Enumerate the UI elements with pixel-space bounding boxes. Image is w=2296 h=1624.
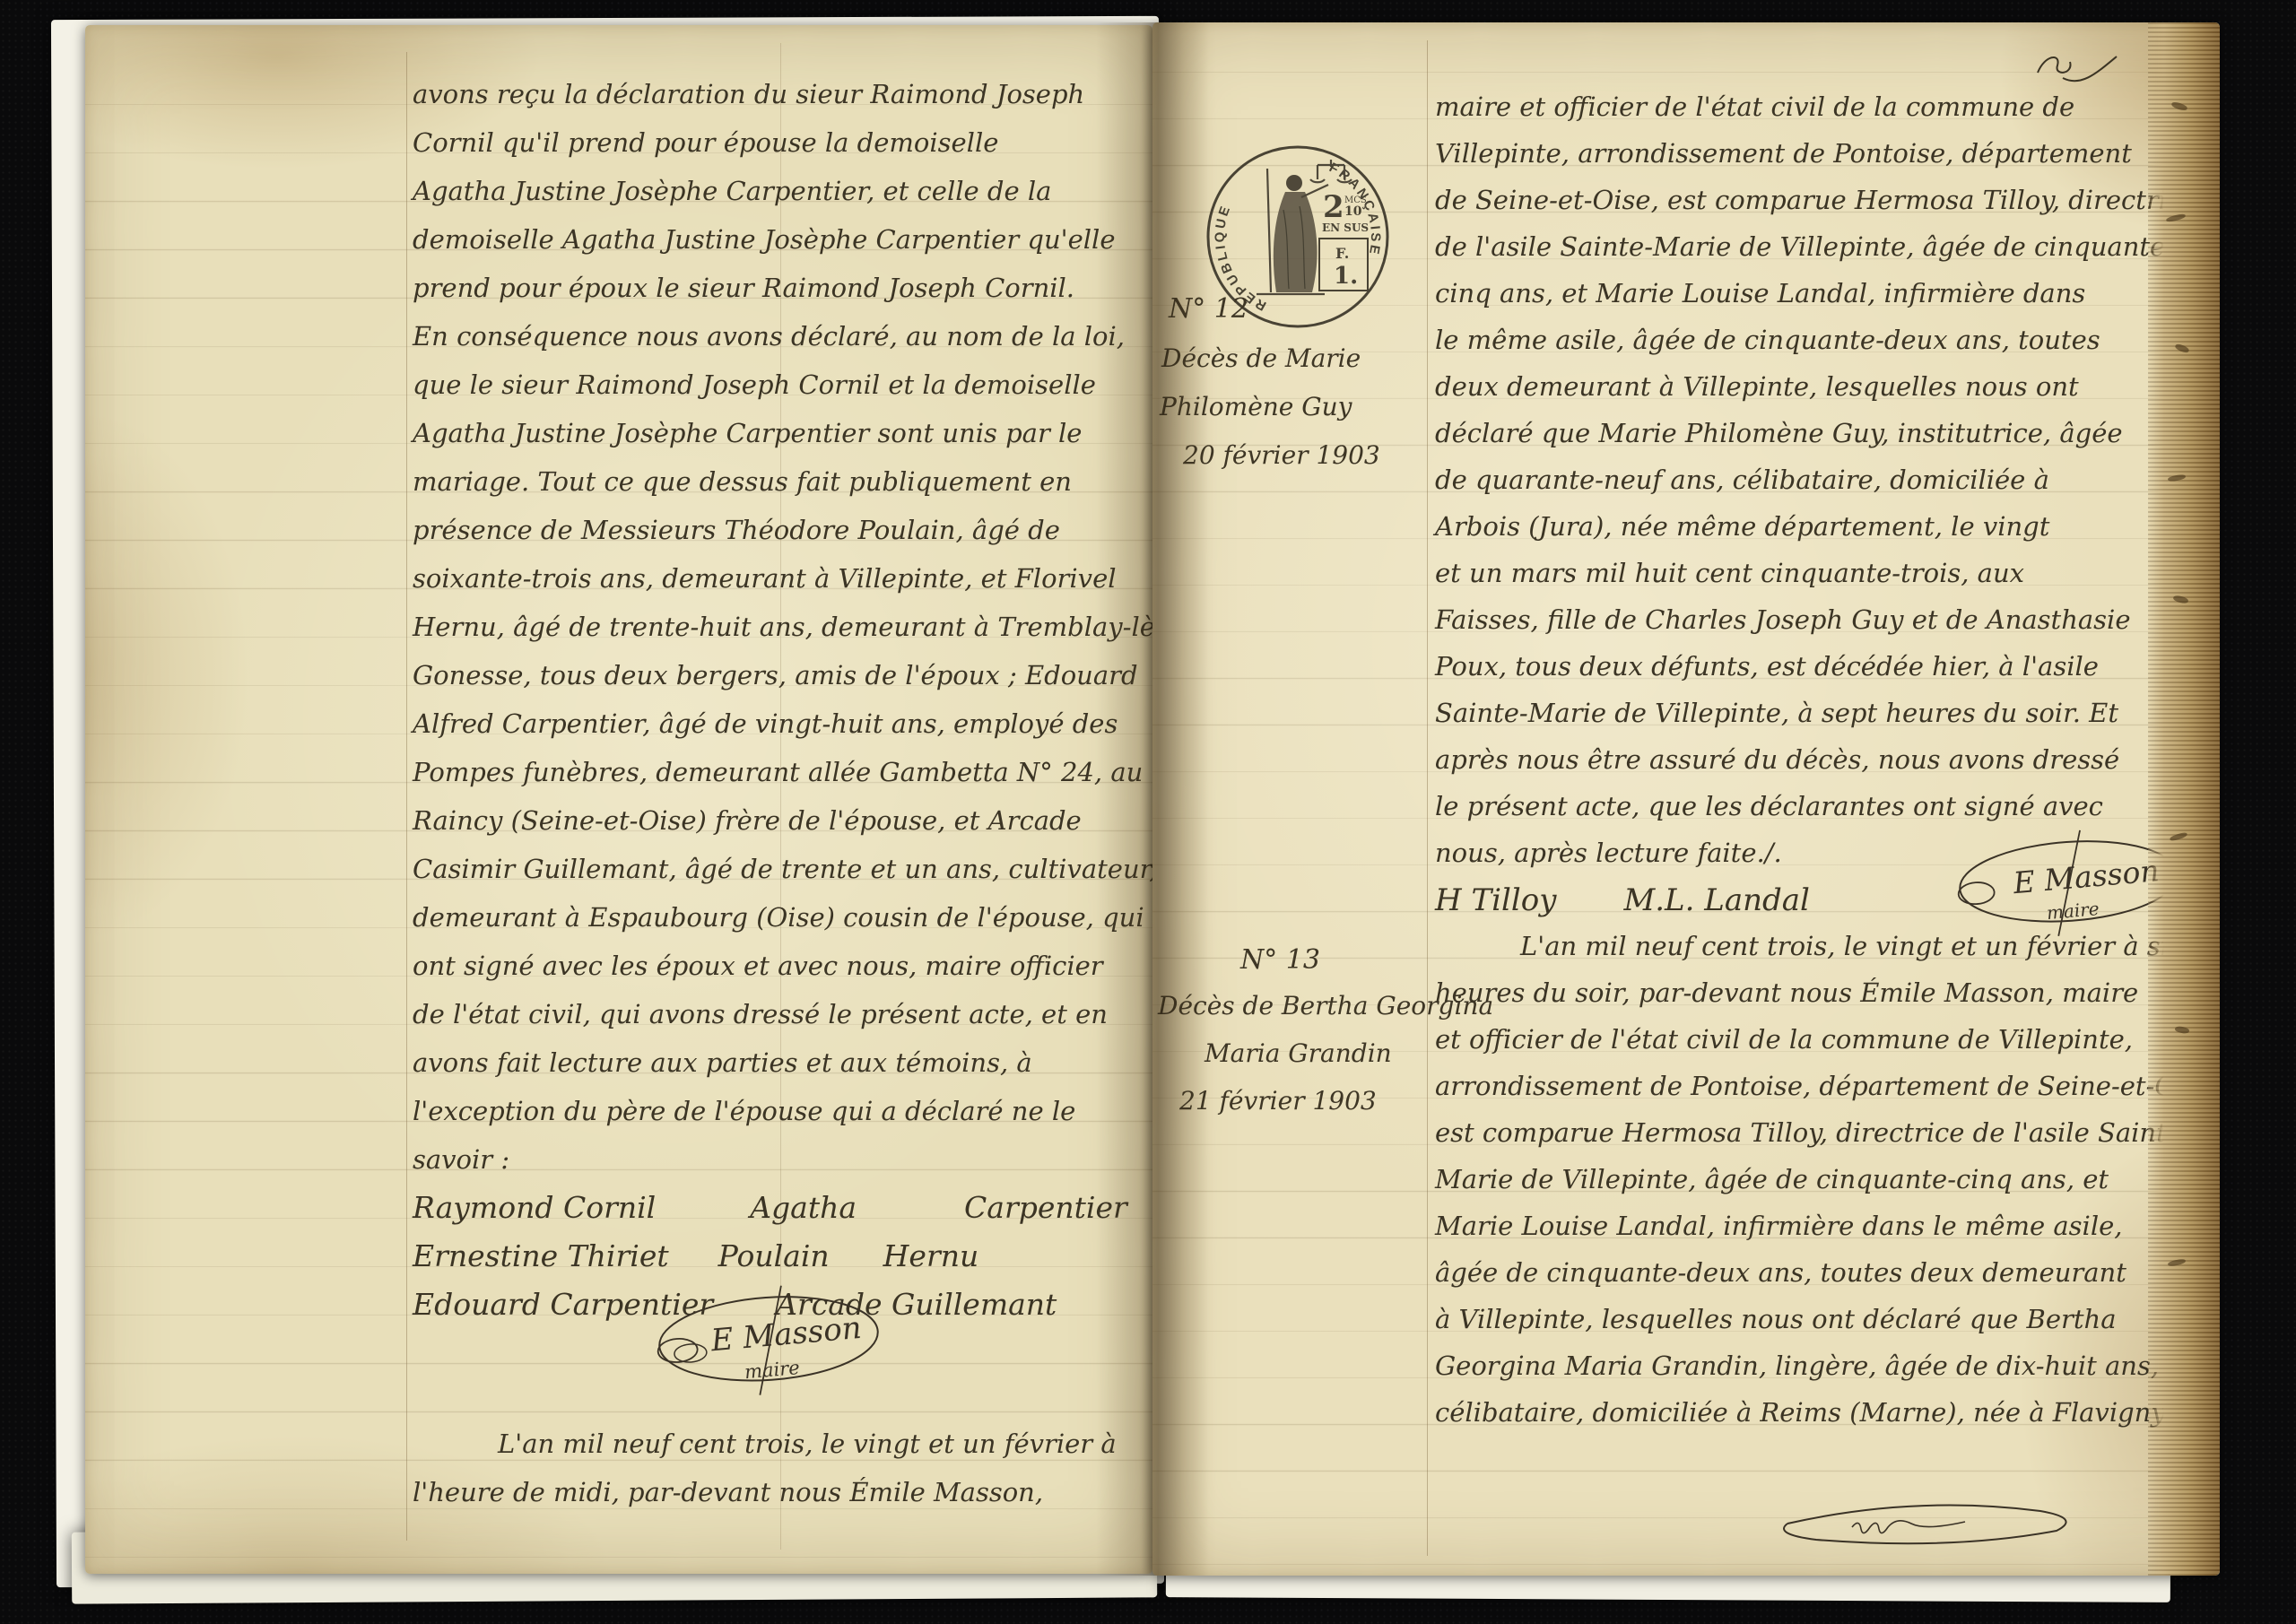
stamp-surcharge-big: 2 (1323, 189, 1344, 225)
marriage-act-body: avons reçu la déclaration du sieur Raimo… (413, 70, 1135, 1329)
registry-scan-background: { "colors": { "background": "#0a0a0b", "… (0, 0, 2296, 1624)
edge-ink-mark (2172, 595, 2188, 604)
act12-margin-number: N° 12 (1169, 293, 1248, 325)
act-text-line: Arbois (Jura), née même département, le … (1435, 503, 2184, 550)
stamp-value-amount: 1. (1334, 263, 1358, 290)
act-text-line: âgée de cinquante-deux ans, toutes deux … (1435, 1249, 2193, 1296)
act-text-line: de l'état civil, qui avons dressé le pré… (413, 990, 1135, 1038)
act-text-line: mariage. Tout ce que dessus fait publiqu… (413, 457, 1135, 506)
act-text-line: soixante-trois ans, demeurant à Villepin… (413, 554, 1135, 603)
act-text-line: Faisses, fille de Charles Joseph Guy et … (1435, 596, 2184, 643)
act-text-line: Marie de Villepinte, âgée de cinquante-c… (1435, 1156, 2193, 1203)
act-text-line: déclaré que Marie Philomène Guy, institu… (1435, 410, 2184, 456)
act-text-line: Sainte-Marie de Villepinte, à sept heure… (1435, 690, 2184, 736)
page-block-edge (2148, 22, 2220, 1576)
act-text-line: Cornil qu'il prend pour épouse la demois… (413, 118, 1135, 167)
act-text-line: après nous être assuré du décès, nous av… (1435, 736, 2184, 783)
act-text-line: et officier de l'état civil de la commun… (1435, 1016, 2193, 1063)
signature-hernu: Hernu (883, 1232, 979, 1281)
signature-ernestine-thiriet: Ernestine Thiriet (413, 1232, 669, 1281)
right-page-margin-rule (1427, 40, 1428, 1556)
left-page-margin-rule (406, 52, 407, 1541)
act-text-line: arrondissement de Pontoise, département … (1435, 1063, 2193, 1109)
death-act-13-body: L'an mil neuf cent trois, le vingt et un… (1435, 923, 2193, 1436)
act-text-line: En conséquence nous avons déclaré, au no… (413, 312, 1135, 360)
edge-ink-mark (2168, 473, 2187, 482)
act12-margin-title-2: Philomène Guy (1160, 392, 1352, 421)
edge-ink-mark (2175, 1026, 2190, 1035)
act13-margin-date: 21 février 1903 (1179, 1086, 1377, 1116)
act-text-line: de Seine-et-Oise, est comparue Hermosa T… (1435, 177, 2184, 223)
act-text-line: Poux, tous deux défunts, est décédée hie… (1435, 643, 2184, 690)
edge-ink-mark (2166, 213, 2187, 222)
signature-raymond-cornil: Raymond Cornil (413, 1184, 656, 1232)
signature-h-tilloy: H Tilloy (1435, 876, 1556, 925)
act13-margin-number: N° 13 (1240, 944, 1320, 976)
act-text-line: cinq ans, et Marie Louise Landal, infirm… (1435, 270, 2184, 317)
act-text-line: Marie Louise Landal, infirmière dans le … (1435, 1203, 2193, 1249)
act-text-line: l'heure de midi, par-devant nous Émile M… (413, 1468, 1135, 1516)
mayor-signature-title: maire (2046, 898, 2100, 924)
edge-ink-mark (2174, 343, 2189, 353)
act-text-line: Gonesse, tous deux bergers, amis de l'ép… (413, 651, 1135, 699)
stamp-value-block: 2 MCS 10 EN SUS F. 1. (1319, 189, 1369, 291)
mayor-signature-name: E Masson (2011, 853, 2161, 900)
signature-carpentier: Carpentier (964, 1184, 1127, 1232)
act-text-line: l'exception du père de l'épouse qui a dé… (413, 1087, 1135, 1135)
act-text-line: L'an mil neuf cent trois, le vingt et un… (413, 1420, 1135, 1468)
act-text-line: Agatha Justine Josèphe Carpentier sont u… (413, 409, 1135, 457)
stamp-surcharge-num: 10 (1344, 204, 1362, 219)
edge-ink-mark (2170, 100, 2187, 111)
act-text-line: demoiselle Agatha Justine Josèphe Carpen… (413, 215, 1135, 264)
left-page: avons reçu la déclaration du sieur Raimo… (85, 25, 1152, 1574)
insertion-flourish (2027, 48, 2126, 105)
edge-ink-mark (2170, 831, 2188, 842)
act13-margin-title-2: Maria Grandin (1205, 1038, 1392, 1068)
act-text-line: de l'asile Sainte-Marie de Villepinte, â… (1435, 223, 2184, 270)
act-text-line: est comparue Hermosa Tilloy, directrice … (1435, 1109, 2193, 1156)
act-text-line: Casimir Guillemant, âgé de trente et un … (413, 845, 1135, 893)
mayor-signature-name: E Masson (709, 1310, 863, 1359)
act-text-line: Pompes funèbres, demeurant allée Gambett… (413, 748, 1135, 796)
right-page: RÉPUBLIQUE FRANÇAISE (1152, 22, 2220, 1576)
act-text-line: avons reçu la déclaration du sieur Raimo… (413, 70, 1135, 118)
act-text-line: et un mars mil huit cent cinquante-trois… (1435, 550, 2184, 596)
edge-ink-mark (2168, 1258, 2187, 1267)
act-text-line: le présent acte, que les déclarantes ont… (1435, 783, 2184, 829)
signature-row: Raymond Cornil Agatha Carpentier (413, 1184, 1135, 1232)
signature-poulain: Poulain (718, 1232, 830, 1281)
act-text-line: heures du soir, par-devant nous Émile Ma… (1435, 969, 2193, 1016)
act-text-line: le même asile, âgée de cinquante-deux an… (1435, 317, 2184, 363)
next-act-opening: L'an mil neuf cent trois, le vingt et un… (413, 1420, 1135, 1516)
death-act-12-body: maire et officier de l'état civil de la … (1435, 83, 2184, 925)
act-text-line: Villepinte, arrondissement de Pontoise, … (1435, 130, 2184, 177)
act-text-line: Georgina Maria Grandin, lingère, âgée de… (1435, 1342, 2193, 1389)
act-text-line: avons fait lecture aux parties et aux té… (413, 1038, 1135, 1087)
act-text-line: célibataire, domiciliée à Reims (Marne),… (1435, 1389, 2193, 1436)
act-text-line: Agatha Justine Josèphe Carpentier, et ce… (413, 167, 1135, 215)
signature-ml-landal: M.L. Landal (1623, 876, 1809, 925)
act-text-line: Alfred Carpentier, âgé de vingt-huit ans… (413, 699, 1135, 748)
act-text-line: demeurant à Espaubourg (Oise) cousin de … (413, 893, 1135, 942)
act-text-line: Hernu, âgé de trente-huit ans, demeurant… (413, 603, 1135, 651)
stamp-value-currency: F. (1335, 245, 1349, 262)
act12-margin-title-1: Décès de Marie (1161, 343, 1361, 373)
mayor-signature-title: maire (744, 1357, 800, 1383)
act-text-line: à Villepinte, lesquelles nous ont déclar… (1435, 1296, 2193, 1342)
signature-agatha: Agatha (750, 1184, 857, 1232)
partial-signature-flourish (1771, 1491, 2094, 1558)
act-text-line: présence de Messieurs Théodore Poulain, … (413, 506, 1135, 554)
act-text-line: L'an mil neuf cent trois, le vingt et un… (1435, 923, 2193, 969)
act12-margin-date: 20 février 1903 (1183, 440, 1380, 470)
signature-row: Ernestine Thiriet Poulain Hernu (413, 1232, 1135, 1281)
act-text-line: prend pour époux le sieur Raimond Joseph… (413, 264, 1135, 312)
mayor-signature-seal: E Masson maire (650, 1285, 883, 1405)
act-text-line: que le sieur Raimond Joseph Cornil et la… (413, 360, 1135, 409)
act-text-line: Raincy (Seine-et-Oise) frère de l'épouse… (413, 796, 1135, 845)
act-text-line: de quarante-neuf ans, célibataire, domic… (1435, 456, 2184, 503)
act-text-line: ont signé avec les époux et avec nous, m… (413, 942, 1135, 990)
act-text-line: savoir : (413, 1135, 1135, 1184)
stamp-surcharge-text: EN SUS (1322, 221, 1369, 234)
act-text-line: deux demeurant à Villepinte, lesquelles … (1435, 363, 2184, 410)
